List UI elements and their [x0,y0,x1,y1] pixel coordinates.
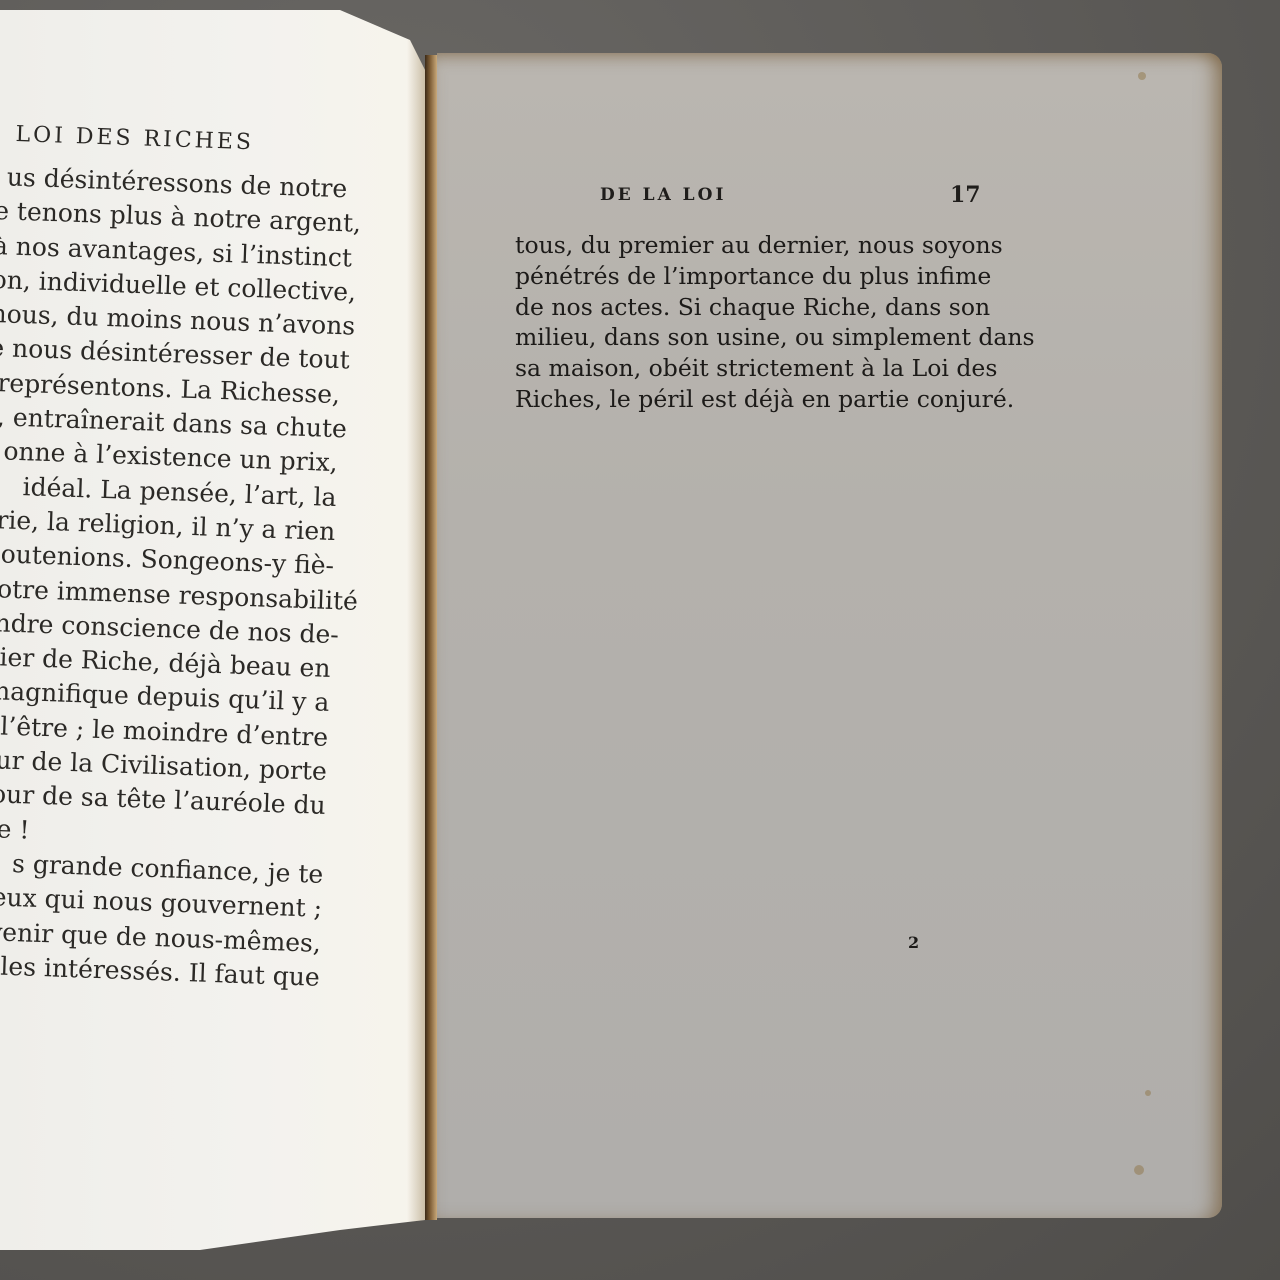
right-page [437,53,1222,1218]
page-number: 17 [950,182,981,208]
text-line: pénétrés de l’importance du plus infime [515,261,973,292]
right-running-head: DE LA LOI [600,185,726,205]
text-line: Riches, le péril est déjà en partie conj… [515,384,973,415]
text-line: milieu, dans son usine, ou simplement da… [515,322,973,353]
foxing-spot [1138,72,1146,80]
gutter-shadow [407,10,425,1250]
signature-mark: 2 [908,933,919,952]
right-page-text: tous, du premier au dernier, nous soyons… [515,230,973,415]
open-book: LOI DES RICHES us désintéressons de notr… [0,0,1280,1280]
book-spine [425,55,437,1220]
left-page-text: us désintéressons de notre e tenons plus… [0,160,348,995]
text-line: sa maison, obéit strictement à la Loi de… [515,353,973,384]
text-line: tous, du premier au dernier, nous soyons [515,230,973,261]
foxing-spot [1145,1090,1151,1096]
foxing-spot [1134,1165,1144,1175]
text-line: de nos actes. Si chaque Riche, dans son [515,292,973,323]
